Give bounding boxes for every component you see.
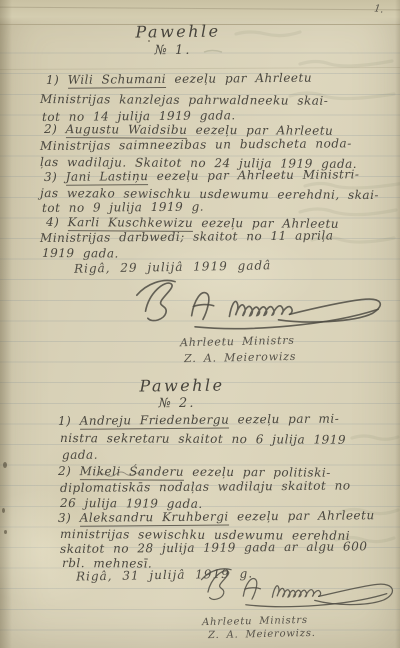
order1-entry4-line2: Ministrijas darbwedi; skaitot no 11 apri… [40, 228, 334, 245]
entry-text: eezeļu par Ahrleetu [237, 508, 375, 523]
order2-entry2-line1: 2) Mikeli Śanderu eezeļu par politiski- [58, 464, 331, 480]
entry-text: eezeļu par Ahrleetu Ministri- [157, 167, 360, 183]
order1-number: № 1. [78, 42, 268, 60]
order2-entry1-line1: 1) Andreju Friedenbergu eezeļu par mi- [58, 412, 339, 428]
order1-title: Pawehle [78, 21, 278, 42]
order2-entry2-line2: diplomatiskās nodaļas wadilaju skaitot n… [60, 478, 351, 495]
order2-title: Pawehle [82, 375, 282, 396]
order1-entry1-line2: Ministrijas kanzlejas pahrwaldneeku skai… [40, 92, 328, 108]
entry-text: eezeļu par politiski- [192, 465, 331, 480]
entry-number: 3) [58, 511, 71, 525]
order2-entry3-line1: 3) Aleksandru Kruhbergi eezeļu par Ahrle… [58, 508, 375, 525]
entry-number: 2) [44, 122, 57, 136]
entry-name: Aleksandru Kruhbergi [80, 510, 229, 527]
document-page: 1. Pawehle № 1. 1) Wili Schumani eezeļu … [0, 0, 400, 648]
entry-name: Andreju Friedenbergu [80, 413, 230, 430]
order1-entry3-line1: 3) Jani Lastiņu eezeļu par Ahrleetu Mini… [44, 167, 360, 184]
order1-entry2-line2: Ministrijas saimneezibas un budscheta no… [40, 136, 352, 153]
order1-entry1-line1: 1) Wili Schumani eezeļu par Ahrleetu [46, 71, 312, 87]
entry-number: 2) [58, 464, 71, 478]
order2-signature-name: Z. A. Meierowizs. [208, 628, 316, 641]
order2-signature-role: Ahrleetu Ministrs [202, 615, 308, 628]
order1-entry2-line1: 2) Augustu Waidsibu eezeļu par Ahrleetu [44, 122, 333, 138]
entry-number: 3) [44, 170, 57, 184]
order1-entry4-line3: 1919 gada. [42, 246, 119, 260]
entry-text: eezeļu par Ahrleetu [174, 71, 312, 86]
entry-name: Augustu Waidsibu [66, 122, 188, 139]
order1-signature-name: Z. A. Meierowizs [184, 350, 296, 365]
meierovics-signature [200, 554, 397, 615]
order1-signature-role: Ahrleetu Ministrs [180, 334, 295, 349]
entry-number: 1) [46, 73, 59, 87]
entry-number: 4) [46, 215, 59, 229]
entry-name: Mikeli Śanderu [80, 464, 184, 481]
entry-text: eezeļu par mi- [238, 412, 340, 427]
order2-entry2-line3: 26 julija 1919 gada. [60, 496, 203, 511]
meierovics-signature [134, 262, 391, 339]
entry-text: eezeļu par Ahrleetu [196, 123, 334, 138]
order2-entry3-line3: skaitot no 28 julija 1919 gada ar algu 6… [60, 539, 368, 556]
entry-name: Jani Lastiņu [66, 169, 149, 186]
entry-number: 1) [58, 414, 71, 428]
order2-entry1-line3: gada. [62, 448, 98, 462]
order2-number: № 2. [82, 395, 272, 413]
order1-entry3-line3: tot no 9 julija 1919 g. [42, 200, 204, 215]
order2-entry1-line2: nistra sekretaru skaitot no 6 julija 191… [60, 431, 346, 447]
entry-name: Wili Schumani [68, 72, 167, 89]
